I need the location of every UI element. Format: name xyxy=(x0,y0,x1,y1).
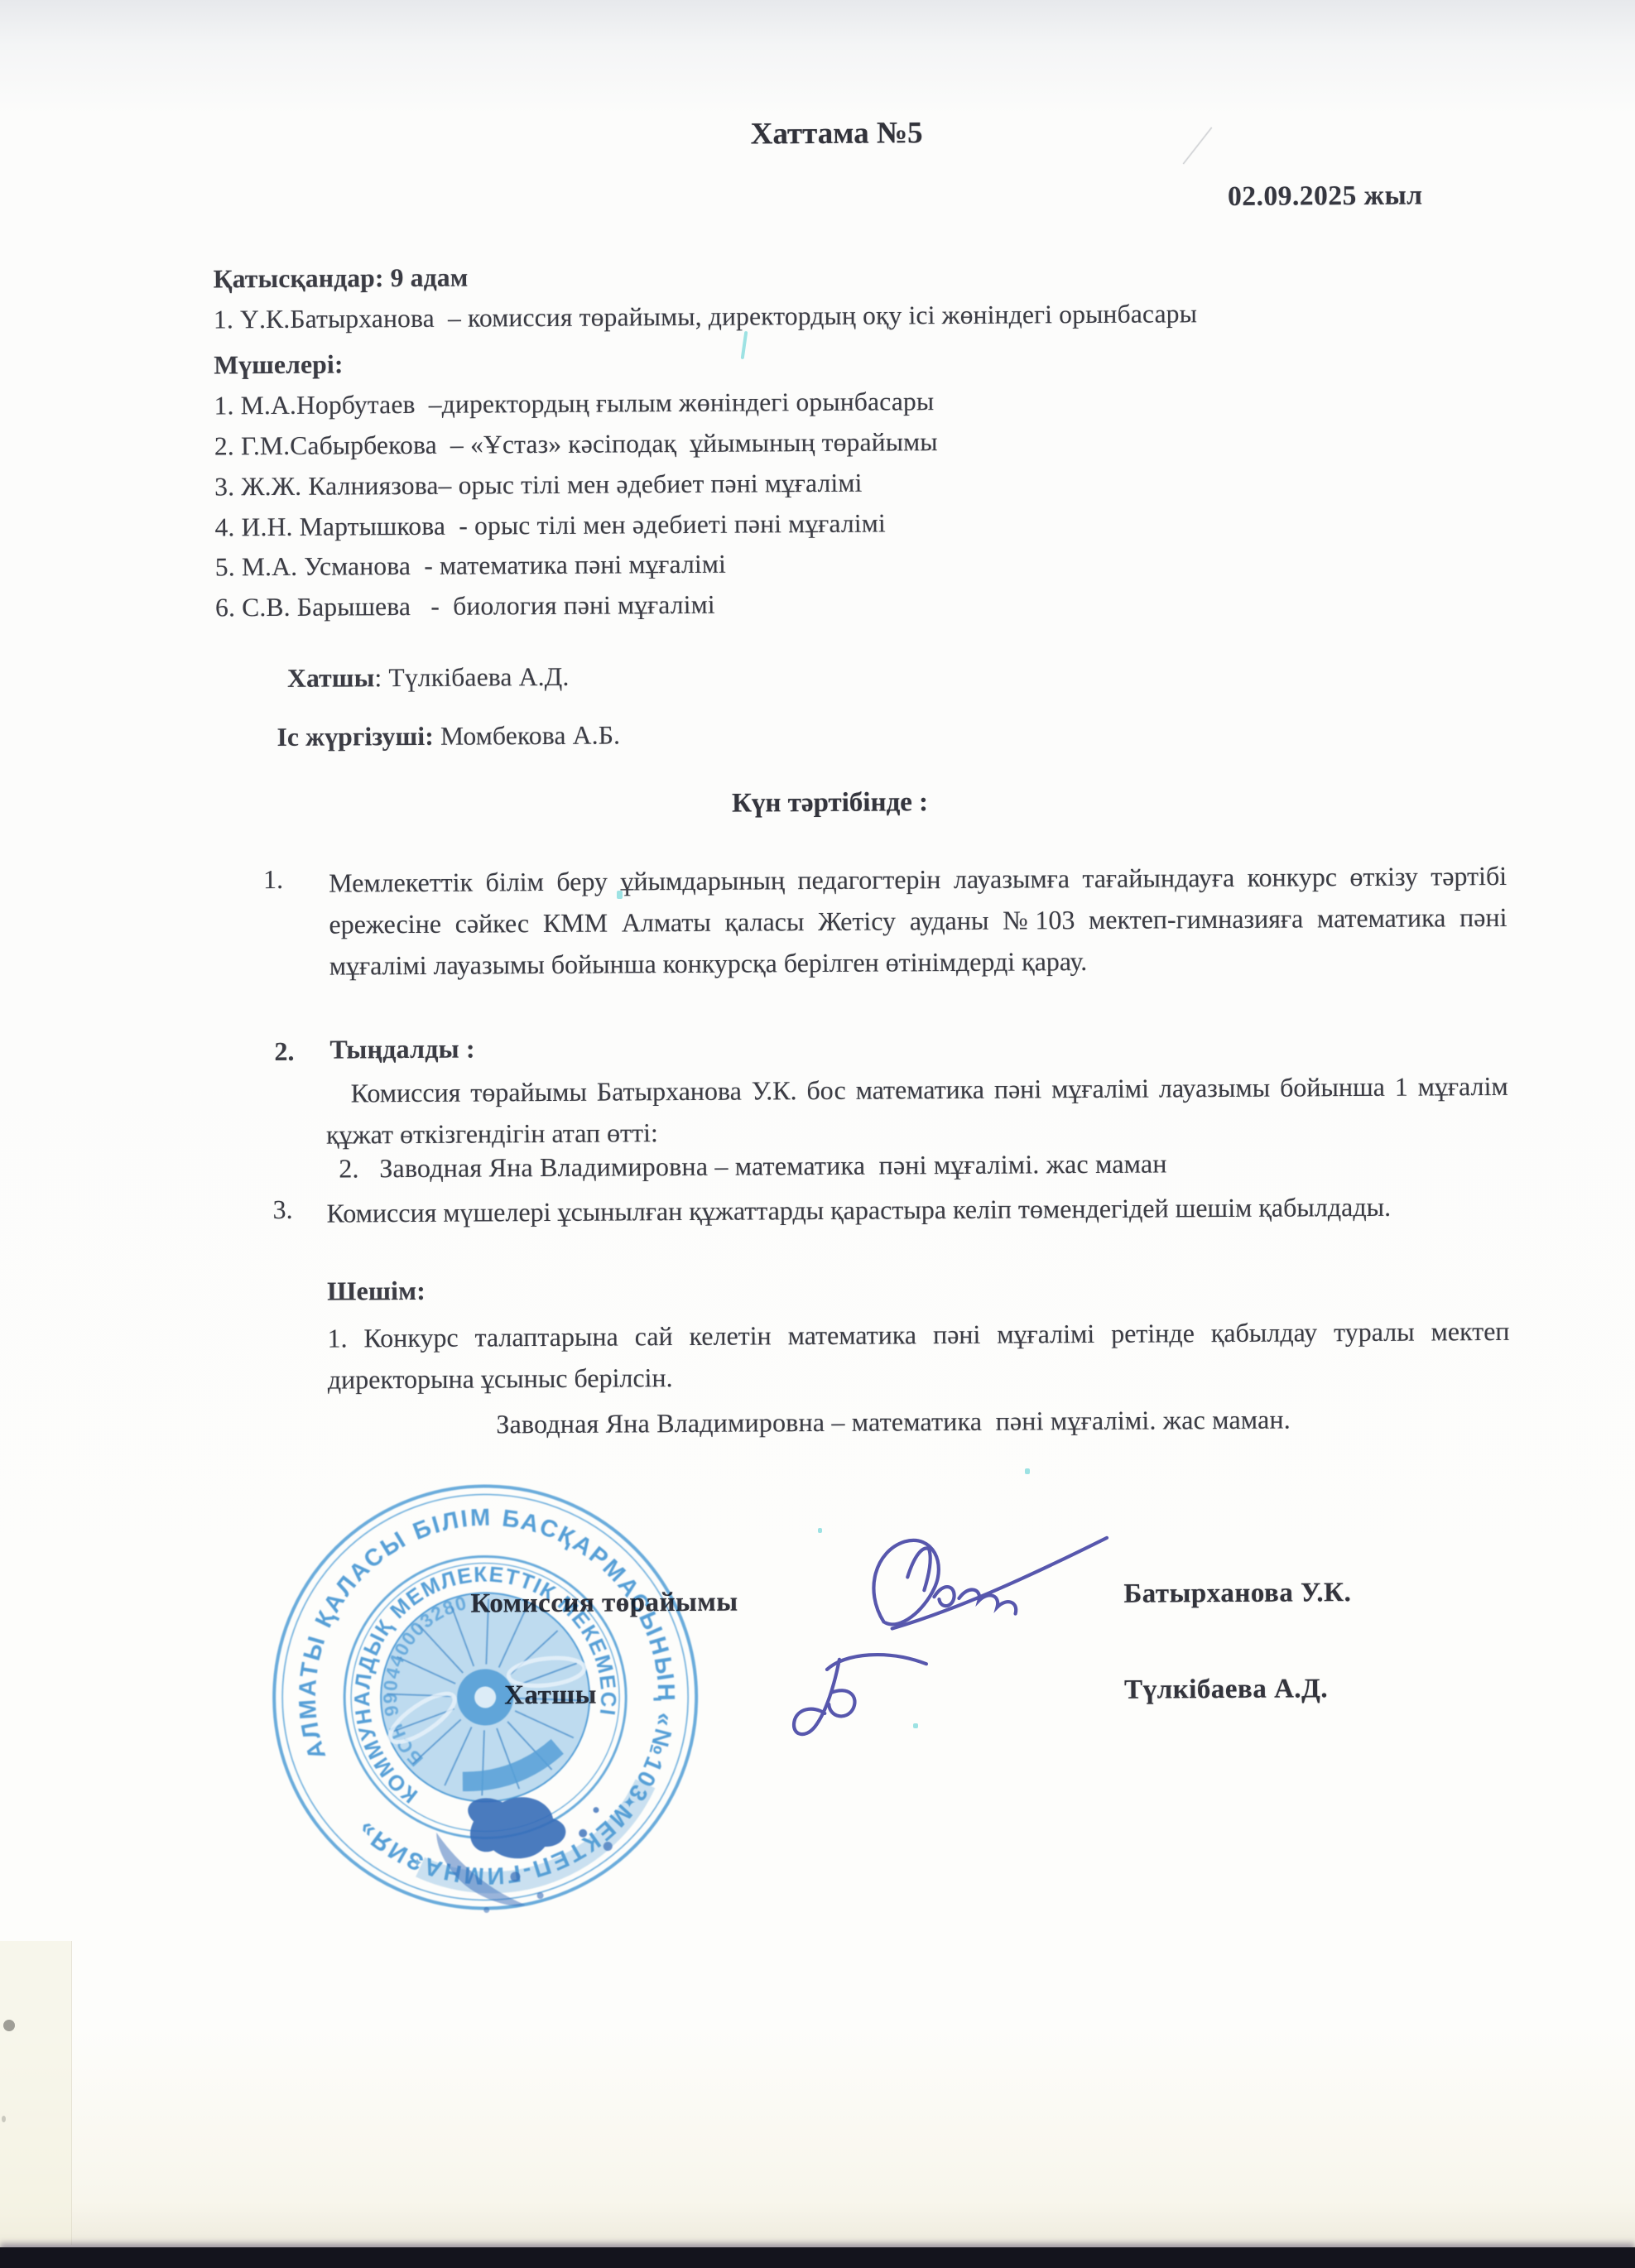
scan-artifact-teal-dot xyxy=(1025,1468,1030,1474)
chair-signature-name: Батырханова У.К. xyxy=(1123,1578,1351,1610)
scan-artifact-teal-dot xyxy=(617,891,623,899)
chair-signature-strokes xyxy=(873,1538,1108,1629)
decision-text: 1. Конкурс талаптарына сай келетін матем… xyxy=(327,1310,1510,1401)
clerk-name: Момбекова А.Б. xyxy=(434,720,620,750)
scanned-protocol-page: Хаттама №5 02.09.2025 жыл Қатысқандар: 9… xyxy=(0,0,1635,2268)
secretary-signature-name: Түлкібаева А.Д. xyxy=(1124,1674,1328,1706)
members-heading: Мүшелері: xyxy=(214,349,343,380)
clerk-line: Іс жүргізуші: Момбекова А.Б. xyxy=(237,690,621,782)
secretary-signature-strokes xyxy=(793,1655,926,1734)
member-line: 1. М.А.Норбутаев –директордың ғылым жөні… xyxy=(214,387,935,420)
scan-left-edge-strip xyxy=(0,1941,72,2245)
member-line: 2. Г.М.Сабырбекова – «Ұстаз» кәсіподақ ұ… xyxy=(214,427,938,461)
agenda-item1-text: Мемлекеттік білім беру ұйымдарының педаг… xyxy=(329,855,1508,987)
agenda-item2-text: Комиссия төрайымы Батырханова У.К. бос м… xyxy=(326,1065,1509,1156)
chair-signature xyxy=(857,1530,1123,1639)
secretary-name: : Түлкібаева А.Д. xyxy=(374,662,569,692)
member-line: 6. С.В. Барышева - биология пәні мұғалім… xyxy=(215,590,715,623)
agenda-item2-heading: Тыңдалды : xyxy=(329,1034,475,1065)
scan-artifact-teal-dot xyxy=(818,1528,822,1533)
member-line: 5. М.А. Усманова - математика пәні мұғал… xyxy=(215,550,726,583)
member-line: 3. Ж.Ж. Калниязова– орыс тілі мен әдебие… xyxy=(214,468,863,502)
member-line: 4. И.Н. Мартышкова - орыс тілі мен әдеби… xyxy=(214,508,886,542)
agenda-item3-number: 3. xyxy=(272,1194,292,1225)
secretary-label: Хатшы xyxy=(287,663,375,693)
stamp-star-mark: ✦ xyxy=(623,1794,637,1812)
stamp-star-mark-2: ✦ xyxy=(411,1857,423,1871)
document-title: Хаттама №5 xyxy=(751,115,923,151)
official-stamp: АЛМАТЫ ҚАЛАСЫ БІЛІМ БАСҚАРМАСЫНЫҢ «№103 … xyxy=(265,1477,709,1930)
agenda-item2-subitem: 2. Заводная Яна Владимировна – математик… xyxy=(339,1148,1167,1184)
scan-artifact-teal-dot xyxy=(913,1723,918,1728)
agenda-item1-number: 1. xyxy=(263,864,283,895)
stamp-rotated-group: АЛМАТЫ ҚАЛАСЫ БІЛІМ БАСҚАРМАСЫНЫҢ «№103 … xyxy=(265,1477,709,1930)
secretary-signature xyxy=(787,1641,937,1745)
closing-line: Заводная Яна Владимировна – математика п… xyxy=(496,1405,1291,1440)
participant-chair-line: 1. Ү.К.Батырханова – комиссия төрайымы, … xyxy=(214,299,1197,334)
scan-edge-bar xyxy=(0,2247,1635,2268)
decision-heading: Шешім: xyxy=(327,1276,426,1307)
agenda-heading: Күн тәртібінде : xyxy=(732,787,928,819)
document-date: 02.09.2025 жыл xyxy=(1228,180,1423,213)
document-content: Хаттама №5 02.09.2025 жыл Қатысқандар: 9… xyxy=(0,0,1635,2268)
participants-heading: Қатысқандар: 9 адам xyxy=(214,263,469,295)
clerk-label: Іс жүргізуші: xyxy=(277,722,434,752)
agenda-item2-number: 2. xyxy=(274,1036,294,1067)
agenda-item3-text: Комиссия мүшелері ұсынылған құжаттарды қ… xyxy=(326,1185,1508,1234)
